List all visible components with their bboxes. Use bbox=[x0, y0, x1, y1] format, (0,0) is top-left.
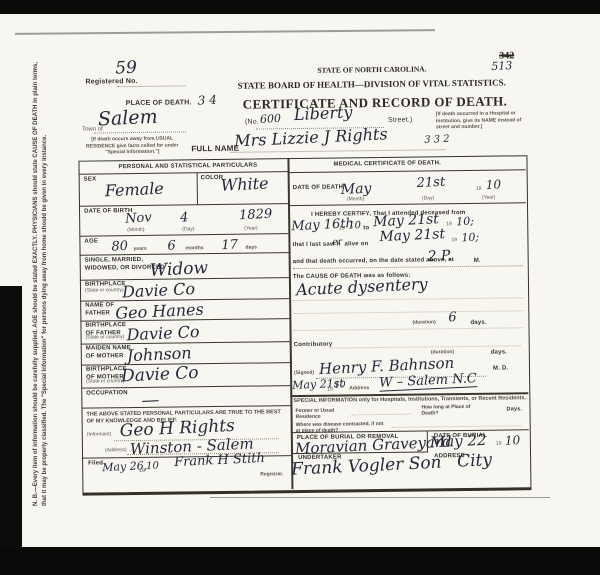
dod-day-hint: (Day) bbox=[422, 196, 434, 201]
special-days-label: Days. bbox=[506, 406, 522, 413]
age-years-label: years bbox=[133, 247, 146, 252]
last-saw-date: May 21st bbox=[379, 226, 445, 245]
signed-year-printed: 19 bbox=[327, 388, 333, 393]
signed-year: 10 bbox=[334, 380, 346, 391]
board-heading: STATE BOARD OF HEALTH—DIVISION OF VITAL … bbox=[237, 77, 505, 90]
mother-maiden-value: Johnson bbox=[126, 343, 192, 365]
registrar-label: Registrar. bbox=[260, 472, 283, 477]
last-saw-year-printed: 19 bbox=[451, 238, 457, 243]
from-year: 10 bbox=[348, 220, 361, 232]
dod-year-printed: 19 bbox=[476, 187, 482, 192]
death-time-value: 2 P. bbox=[427, 248, 452, 265]
dob-month: Nov bbox=[125, 210, 152, 226]
informant-address-label: (Address) bbox=[105, 448, 127, 453]
page-number: 513 bbox=[491, 59, 513, 73]
father-birthplace-value: Davie Co bbox=[126, 322, 200, 344]
age-months-value: 6 bbox=[167, 238, 176, 253]
signed-address-label: Address bbox=[349, 386, 369, 391]
duration-hint: (duration) bbox=[412, 320, 435, 325]
mother-birthplace-value: Davie Co bbox=[121, 363, 199, 387]
sex-label: SEX bbox=[84, 176, 97, 183]
street-no-value: 600 bbox=[260, 112, 282, 126]
occupation-label: OCCUPATION bbox=[86, 390, 128, 398]
dob-day: 4 bbox=[180, 210, 189, 225]
full-name-line bbox=[230, 149, 445, 153]
to-year-printed: 19 bbox=[446, 222, 452, 227]
burial-year: 10 bbox=[505, 433, 521, 448]
full-name-marks: 3 3 2 bbox=[424, 134, 450, 146]
undertaker-address-value: City bbox=[457, 450, 493, 472]
dod-year-hint: (Year) bbox=[482, 196, 495, 201]
sex-value: Female bbox=[104, 179, 164, 201]
color-value: White bbox=[220, 174, 269, 195]
to-label: to bbox=[363, 225, 369, 232]
occupation-value: — bbox=[141, 389, 160, 411]
dod-month-hint: (Month) bbox=[347, 197, 364, 202]
informant-label: (Informant) bbox=[87, 432, 112, 437]
birthplace-value: Davie Co bbox=[122, 279, 196, 301]
street-label: Street.) bbox=[388, 117, 413, 126]
dod-year: 10 bbox=[485, 177, 501, 192]
street-no-label: (No. bbox=[245, 118, 259, 127]
md-label: M. D. bbox=[493, 365, 508, 372]
alive-on-label: alive on bbox=[344, 241, 368, 248]
last-saw-year: 10; bbox=[461, 231, 479, 245]
age-days-label: days bbox=[245, 246, 256, 251]
town-line bbox=[94, 131, 186, 133]
registered-no-value: 59 bbox=[115, 58, 138, 79]
dob-month-hint: (Month) bbox=[127, 228, 144, 233]
signed-label: (Signed) bbox=[294, 371, 314, 376]
dod-day: 21st bbox=[416, 175, 445, 191]
scanned-death-certificate: N. B.—Every item of information should b… bbox=[0, 0, 600, 575]
burial-date-value: May 22 bbox=[429, 431, 486, 452]
certificate-title: CERTIFICATE AND RECORD OF DEATH. bbox=[243, 93, 508, 112]
age-years-value: 80 bbox=[111, 239, 128, 255]
town-value: Salem bbox=[97, 106, 158, 131]
former-residence-label: Former or Usual Residence bbox=[295, 407, 350, 420]
contributory-label: Contributory bbox=[294, 342, 333, 350]
contributory-days-label: days. bbox=[491, 349, 507, 356]
how-long-label: How long at Place of Death? bbox=[421, 404, 476, 417]
duration-days-label: days. bbox=[470, 320, 486, 327]
age-days-value: 17 bbox=[221, 237, 238, 253]
hospital-note: [If death occurred in a Hospital or Inst… bbox=[436, 110, 524, 131]
certificate-form: Registered No. 59 STATE OF NORTH CAROLIN… bbox=[0, 0, 600, 575]
last-saw-fill: er bbox=[332, 237, 342, 247]
filed-year-printed: 19 bbox=[139, 469, 145, 474]
age-months-label: months bbox=[185, 246, 203, 251]
from-year-printed: 19 bbox=[339, 226, 345, 231]
mother-birthplace-hint: (State or country) bbox=[86, 379, 125, 384]
dob-day-hint: (Day) bbox=[182, 227, 194, 232]
duration-value: 6 bbox=[448, 310, 457, 325]
state-heading: STATE OF NORTH CAROLINA. bbox=[317, 64, 426, 74]
to-year: 10; bbox=[456, 215, 474, 229]
filed-year: 10 bbox=[146, 461, 159, 473]
dob-year: 1829 bbox=[239, 207, 273, 224]
registered-no-line bbox=[118, 85, 186, 87]
father-birthplace-hint: (State or country) bbox=[86, 335, 125, 340]
dob-year-hint: (Year) bbox=[244, 227, 257, 232]
meridiem-label: M. bbox=[474, 258, 481, 265]
date-of-death-label: DATE OF DEATH bbox=[293, 184, 343, 192]
residence-note: [If death occurs away from USUAL RESIDEN… bbox=[82, 135, 182, 156]
place-of-death-code: 3 4 bbox=[197, 93, 217, 108]
medical-section-title: MEDICAL CERTIFICATE OF DEATH. bbox=[333, 160, 441, 168]
birthplace-hint: (State or country) bbox=[85, 288, 124, 293]
street-value: Liberty bbox=[293, 102, 352, 124]
burial-year-printed: 19 bbox=[496, 442, 502, 447]
age-label: AGE bbox=[84, 238, 98, 245]
